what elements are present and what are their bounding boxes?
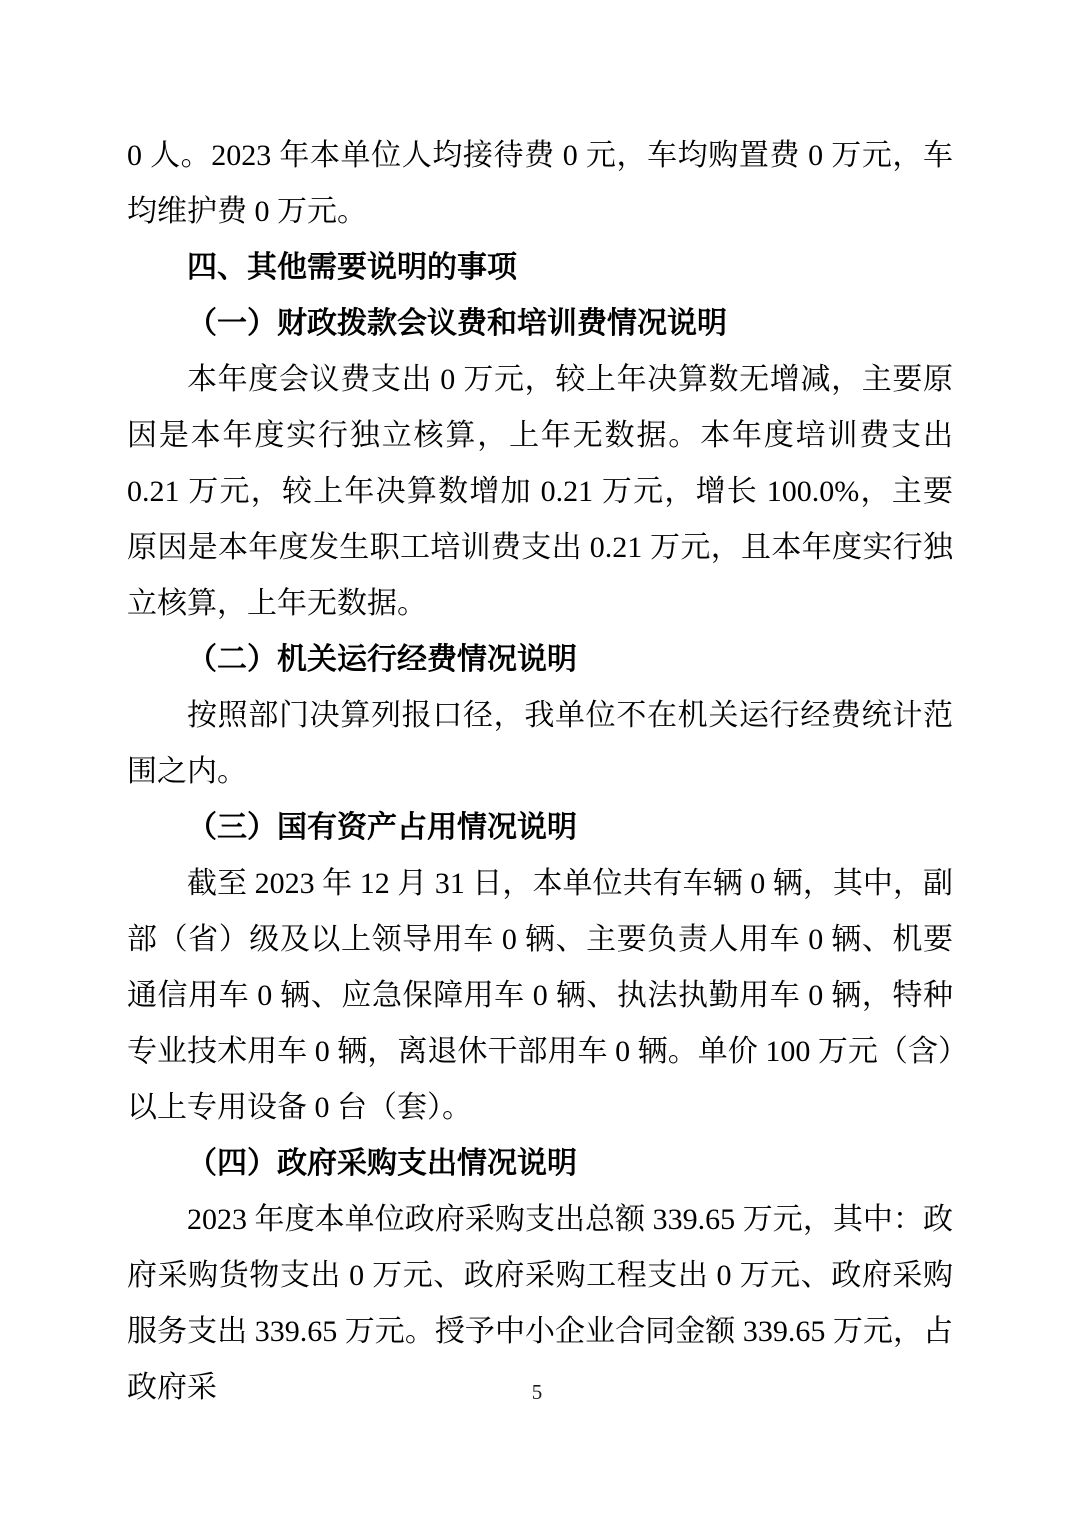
page-footer: 5 [0, 1380, 1074, 1404]
paragraph-per-capita-fees-continuation: 0 人。2023 年本单位人均接待费 0 元，车均购置费 0 万元，车均维护费 … [127, 128, 953, 240]
heading-operating-expenses: （二）机关运行经费情况说明 [127, 632, 953, 688]
paragraph-state-assets: 截至 2023 年 12 月 31 日，本单位共有车辆 0 辆，其中，副部（省）… [127, 856, 953, 1136]
paragraph-meeting-training-fees: 本年度会议费支出 0 万元，较上年决算数无增减，主要原因是本年度实行独立核算，上… [127, 352, 953, 632]
heading-meeting-training-fees: （一）财政拨款会议费和培训费情况说明 [127, 296, 953, 352]
document-content: 0 人。2023 年本单位人均接待费 0 元，车均购置费 0 万元，车均维护费 … [127, 128, 953, 1416]
document-page: 0 人。2023 年本单位人均接待费 0 元，车均购置费 0 万元，车均维护费 … [0, 0, 1074, 1520]
page-number: 5 [532, 1380, 543, 1404]
heading-government-procurement: （四）政府采购支出情况说明 [127, 1136, 953, 1192]
heading-state-assets: （三）国有资产占用情况说明 [127, 800, 953, 856]
paragraph-operating-expenses: 按照部门决算列报口径，我单位不在机关运行经费统计范围之内。 [127, 688, 953, 800]
heading-other-matters: 四、其他需要说明的事项 [127, 240, 953, 296]
